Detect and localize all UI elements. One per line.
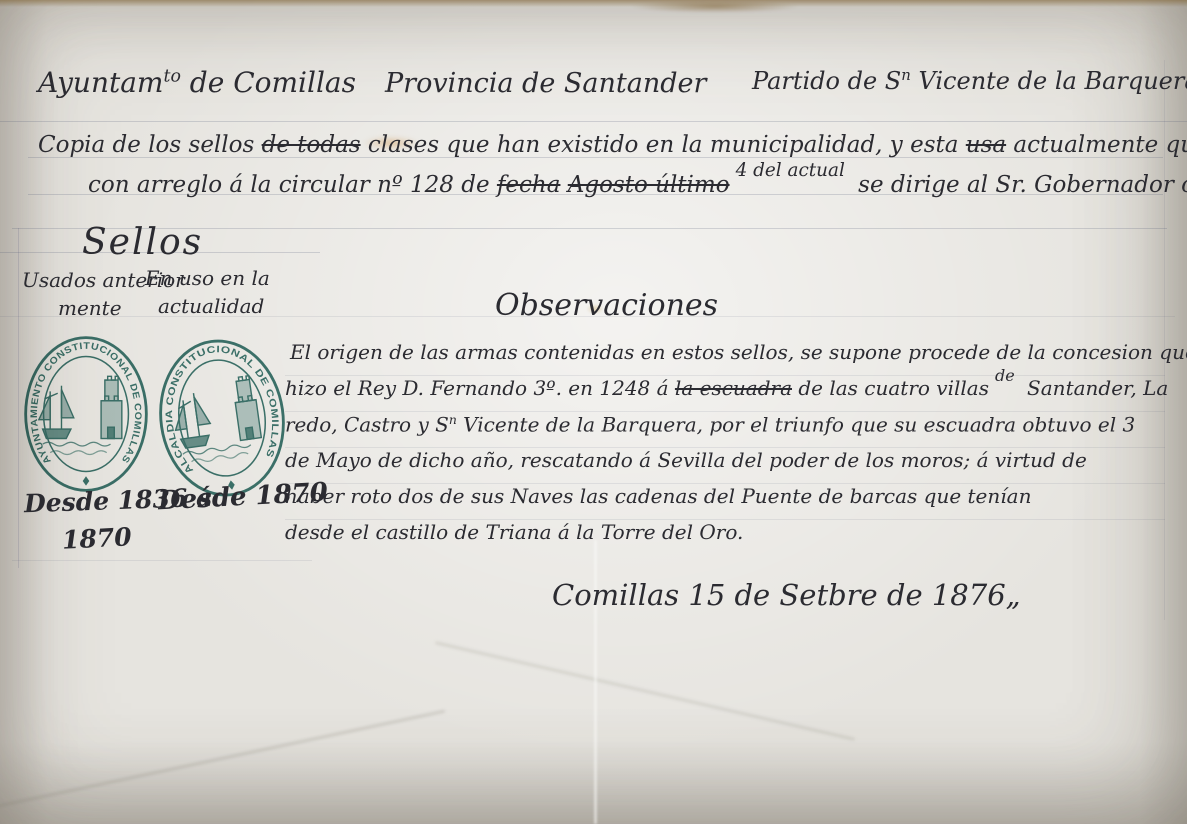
seal-tower-top [236, 379, 252, 402]
seal-ship-sail [61, 389, 73, 417]
column-header-current-line1: En uso en la [145, 266, 270, 290]
seal-star-ornament [83, 476, 90, 485]
seal-tower [101, 376, 122, 438]
header-municipality: Ayuntamto de Comillas [38, 66, 356, 99]
ruled-line [0, 121, 1187, 122]
top-edge-stain [0, 0, 1187, 7]
observaciones-line-1: El origen de las armas contenidas en est… [290, 340, 1187, 364]
column-header-previous-line2: mente [58, 296, 122, 320]
intro-line-2: con arreglo á la circular nº 128 de fech… [88, 172, 1187, 198]
seal-tower [232, 375, 262, 440]
seal-ship [39, 386, 74, 439]
seal-ship-hull [181, 435, 211, 448]
seal-ship-sail [194, 395, 210, 425]
sellos-title: Sellos [82, 222, 203, 263]
manuscript-page: Ayuntamto de Comillas Provincia de Santa… [0, 0, 1187, 824]
header-province: Provincia de Santander [385, 68, 706, 99]
dateline: Comillas 15 de Setbre de 1876„ [552, 578, 1021, 612]
observaciones-line-5: haber roto dos de sus Naves las cadenas … [285, 484, 1031, 508]
column-header-current-line2: actualidad [158, 294, 264, 318]
observaciones-line-2: hizo el Rey D. Fernando 3º. en 1248 á la… [285, 376, 1168, 400]
seal-waves [50, 451, 107, 455]
top-edge-blotch [630, 0, 800, 13]
observaciones-line-3: redo, Castro y Sn Vicente de la Barquera… [285, 412, 1135, 437]
seal-waves [43, 442, 111, 446]
header-district: Partido de Sn Vicente de la Barquera [752, 66, 1187, 95]
seal-tower-door [246, 427, 254, 439]
crease-bottom-right [435, 642, 854, 741]
seal-stamp-previous: AYUNTAMIENTO CONSTITUCIONAL DE COMILLAS [20, 332, 152, 496]
observaciones-line-4: de Mayo de dicho año, rescatando á Sevil… [285, 448, 1087, 472]
intro-line-1: Copia de los sellos de todas clases que … [38, 132, 1187, 158]
seal-tower-door [108, 427, 115, 438]
seal-tower-top [105, 380, 118, 401]
seal-ring-textpath: ALCALDIA CONSTITUCIONAL DE COMILLAS [155, 337, 287, 478]
observaciones-line-6: desde el castillo de Triana á la Torre d… [285, 520, 743, 544]
crease-bottom-left [0, 710, 445, 812]
seal-ring-text: ALCALDIA CONSTITUCIONAL DE COMILLAS [155, 337, 287, 478]
seal-previous-caption-line2: 1870 [61, 522, 132, 555]
ruled-line [12, 560, 312, 561]
ruled-line-vertical [18, 228, 19, 568]
seal-ship-hull [43, 429, 71, 438]
observaciones-title: Observaciones [495, 288, 718, 323]
